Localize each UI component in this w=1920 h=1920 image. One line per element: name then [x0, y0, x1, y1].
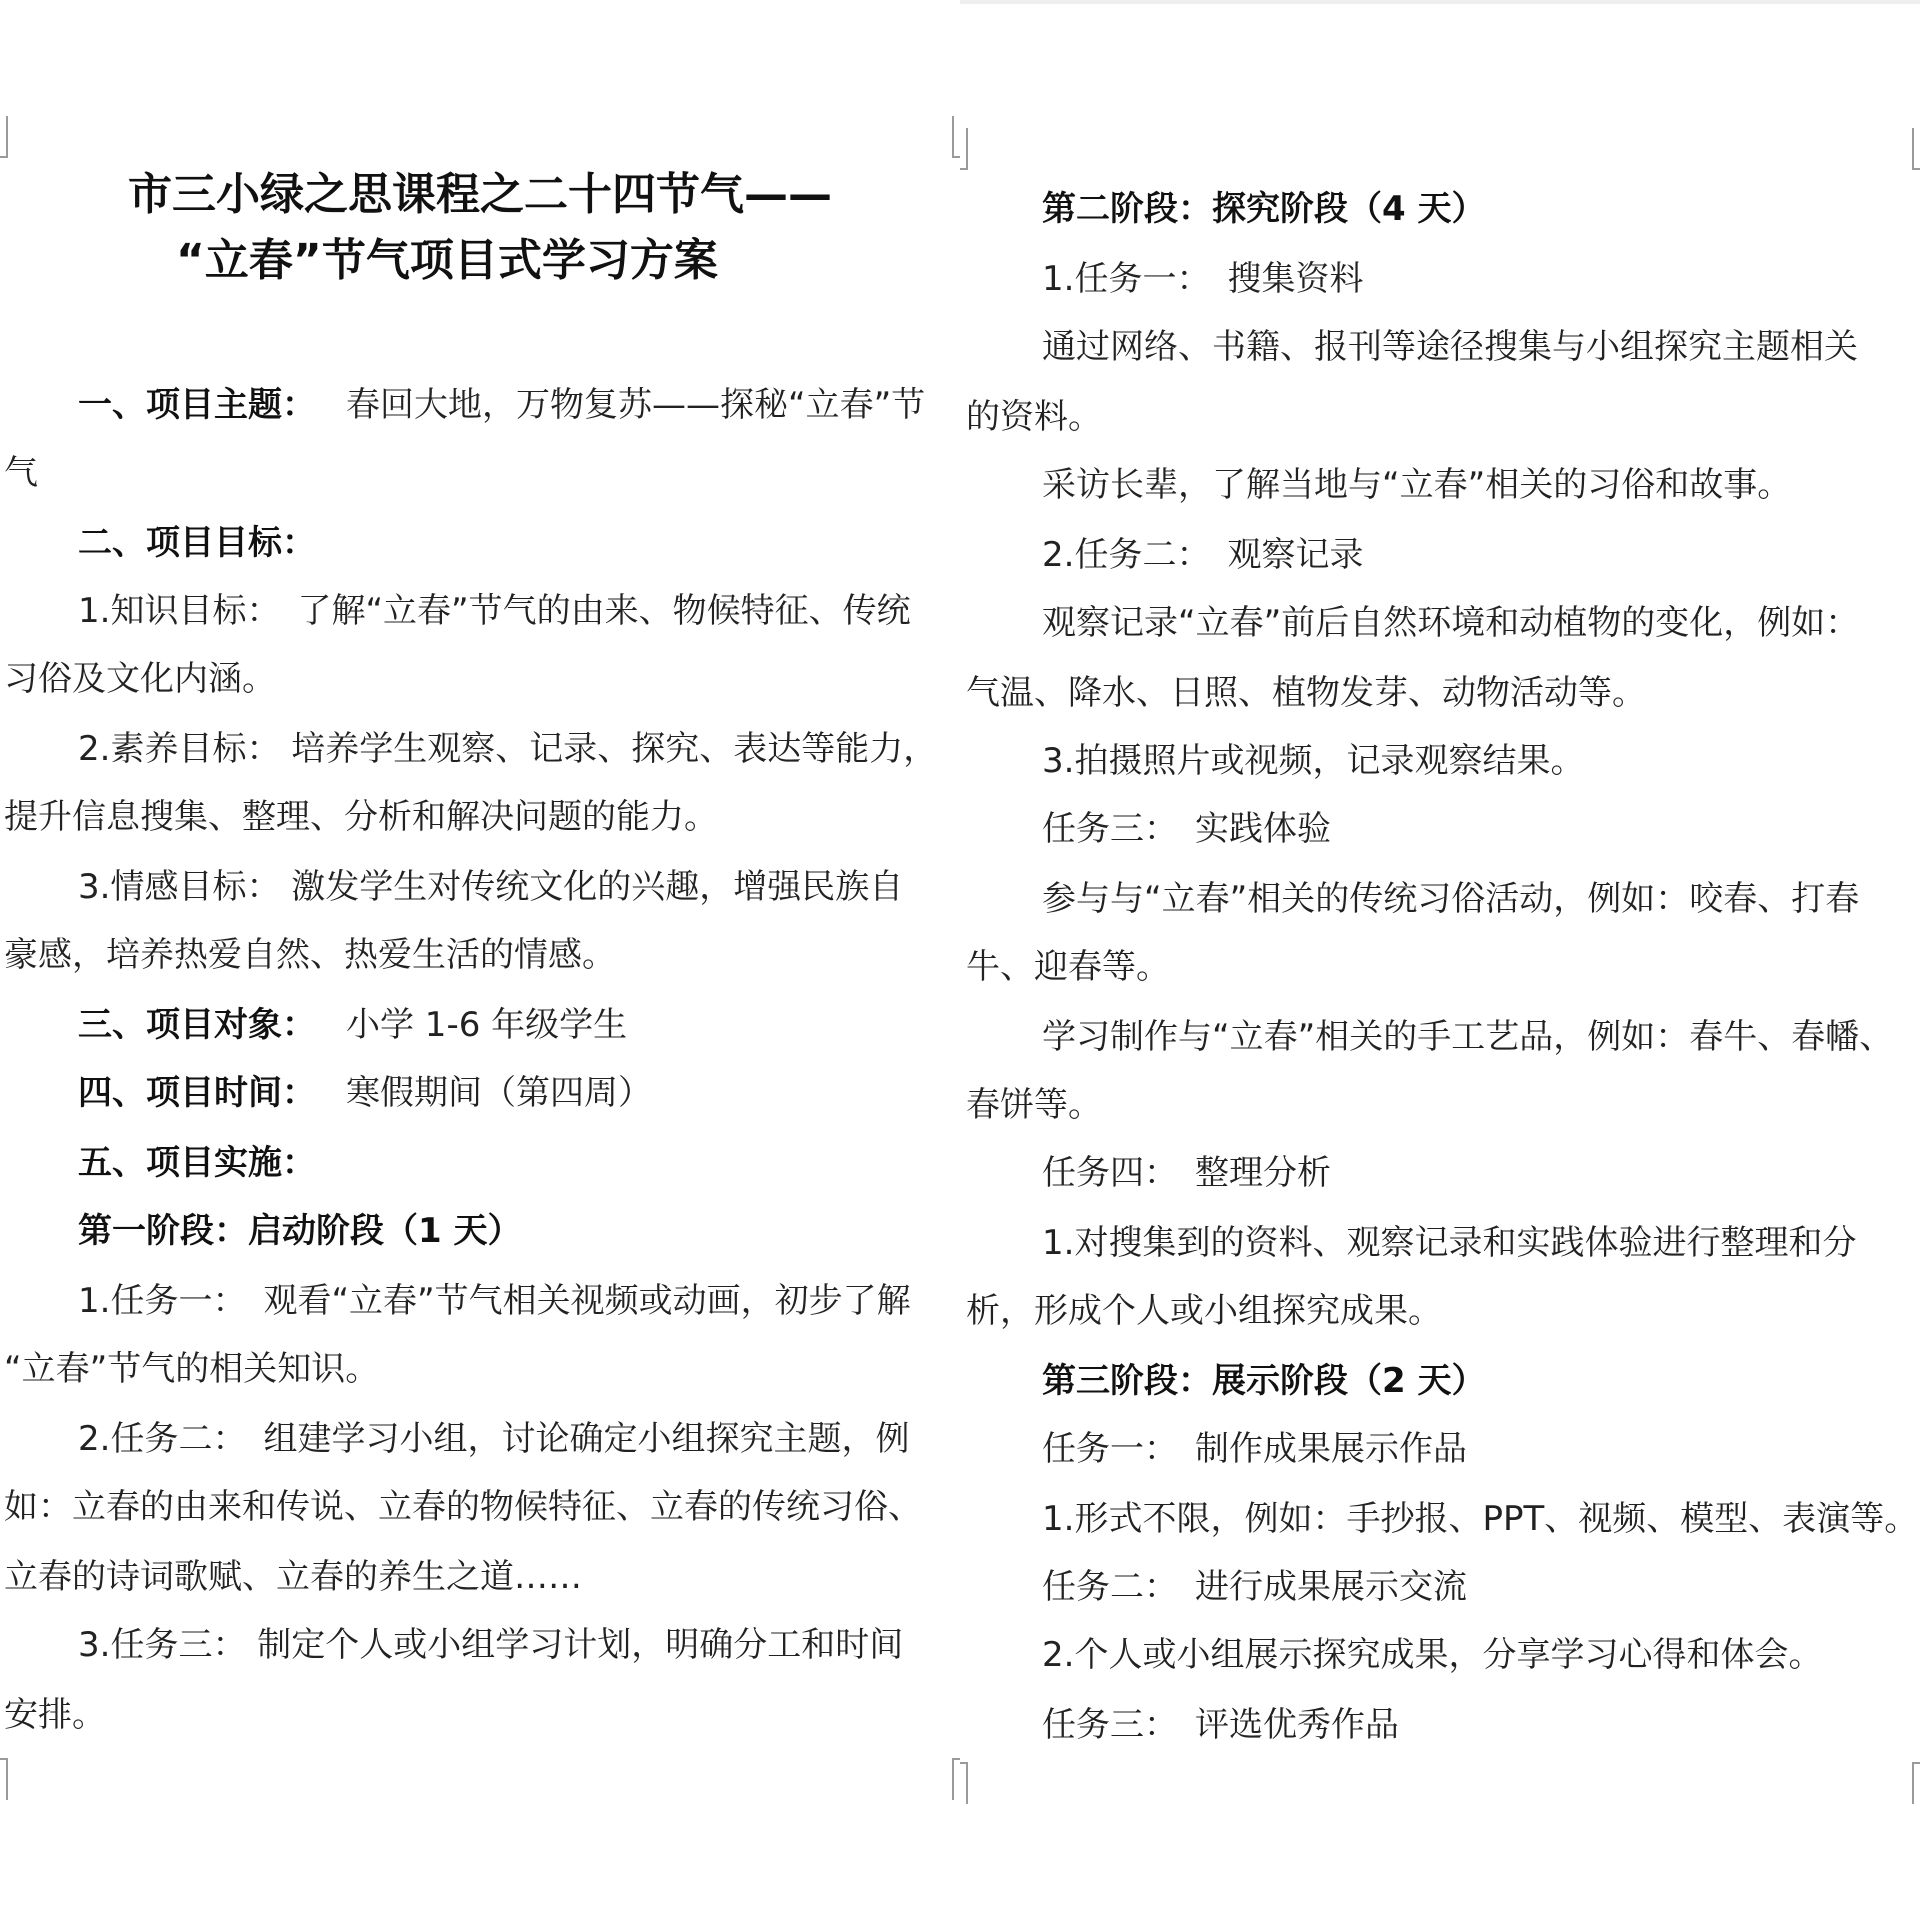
paragraph-line: 气 [4, 450, 38, 496]
paragraph-line: 3.任务三： 制定个人或小组学习计划，明确分工和时间 [78, 1622, 903, 1668]
crop-mark-bottom-right [952, 1758, 960, 1800]
section-text: 小学 1-6 年级学生 [346, 1005, 627, 1045]
document-title-line-2: “立春”节气项目式学习方案 [176, 232, 718, 290]
section-2-goals: 二、项目目标： [78, 520, 316, 566]
paragraph-line: 如：立春的由来和传说、立春的物候特征、立春的传统习俗、 [4, 1484, 922, 1530]
paragraph-line: 2.素养目标： 培养学生观察、记录、探究、表达等能力， [78, 726, 937, 772]
paragraph-line: 观察记录“立春”前后自然环境和动植物的变化，例如： [1042, 600, 1859, 646]
crop-mark-top-left [0, 116, 8, 158]
paragraph-line: 1.任务一： 观看“立春”节气相关视频或动画，初步了解 [78, 1278, 911, 1324]
paragraph-line: 学习制作与“立春”相关的手工艺品，例如：春牛、春幡、 [1042, 1014, 1893, 1060]
section-label: 四、项目时间： [78, 1073, 316, 1113]
paragraph-line: 的资料。 [966, 394, 1102, 440]
paragraph-line: 1.形式不限，例如：手抄报、PPT、视频、模型、表演等。 [1042, 1496, 1918, 1542]
paragraph-line: 1.对搜集到的资料、观察记录和实践体验进行整理和分 [1042, 1220, 1856, 1266]
paragraph-line: 1.任务一： 搜集资料 [1042, 256, 1363, 302]
paragraph-line: 豪感，培养热爱自然、热爱生活的情感。 [4, 932, 616, 978]
paragraph-line: 气温、降水、日照、植物发芽、动物活动等。 [966, 670, 1646, 716]
paragraph-line: 牛、迎春等。 [966, 944, 1170, 990]
paragraph-line: 安排。 [4, 1692, 106, 1738]
section-5-implementation: 五、项目实施： [78, 1140, 316, 1186]
paragraph-line: 析，形成个人或小组探究成果。 [966, 1288, 1442, 1334]
right-page: 第二阶段：探究阶段（4 天） 1.任务一： 搜集资料 通过网络、书籍、报刊等途径… [960, 0, 1920, 1920]
paragraph-line: 1.知识目标： 了解“立春”节气的由来、物候特征、传统 [78, 588, 911, 634]
paragraph-line: 任务三： 实践体验 [1042, 806, 1331, 852]
crop-mark-top-right [952, 116, 960, 158]
section-text: 寒假期间（第四周） [346, 1073, 652, 1113]
crop-mark-bottom-left [0, 1758, 8, 1800]
crop-mark-top-left [960, 128, 968, 170]
section-1-theme: 一、项目主题：春回大地，万物复苏——探秘“立春”节 [78, 382, 925, 428]
paragraph-line: 3.情感目标： 激发学生对传统文化的兴趣，增强民族自 [78, 864, 903, 910]
stage-1-heading: 第一阶段：启动阶段（1 天） [78, 1208, 522, 1254]
document-title-line-1: 市三小绿之思课程之二十四节气—— [128, 166, 832, 224]
section-label: 三、项目对象： [78, 1005, 316, 1045]
paragraph-line: 3.拍摄照片或视频，记录观察结果。 [1042, 738, 1584, 784]
paragraph-line: 任务三： 评选优秀作品 [1042, 1702, 1399, 1748]
paragraph-line: 通过网络、书籍、报刊等途径搜集与小组探究主题相关 [1042, 324, 1858, 370]
stage-3-heading: 第三阶段：展示阶段（2 天） [1042, 1358, 1486, 1404]
paragraph-line: 任务四： 整理分析 [1042, 1150, 1331, 1196]
section-text: 春回大地，万物复苏——探秘“立春”节 [346, 385, 925, 425]
paragraph-line: 2.个人或小组展示探究成果，分享学习心得和体会。 [1042, 1632, 1822, 1678]
paragraph-line: 提升信息搜集、整理、分析和解决问题的能力。 [4, 794, 718, 840]
paragraph-line: 任务一： 制作成果展示作品 [1042, 1426, 1467, 1472]
stage-2-heading: 第二阶段：探究阶段（4 天） [1042, 186, 1486, 232]
paragraph-line: 2.任务二： 观察记录 [1042, 532, 1363, 578]
paragraph-line: 采访长辈，了解当地与“立春”相关的习俗和故事。 [1042, 462, 1791, 508]
section-label: 一、项目主题： [78, 385, 316, 425]
crop-mark-bottom-right [1912, 1762, 1920, 1804]
section-4-time: 四、项目时间：寒假期间（第四周） [78, 1070, 652, 1116]
paragraph-line: “立春”节气的相关知识。 [4, 1346, 379, 1392]
crop-mark-top-right [1912, 128, 1920, 170]
paragraph-line: 2.任务二： 组建学习小组，讨论确定小组探究主题，例 [78, 1416, 909, 1462]
section-3-target: 三、项目对象：小学 1-6 年级学生 [78, 1002, 627, 1048]
paragraph-line: 立春的诗词歌赋、立春的养生之道…… [4, 1554, 582, 1600]
paragraph-line: 习俗及文化内涵。 [4, 656, 276, 702]
left-page: 市三小绿之思课程之二十四节气—— “立春”节气项目式学习方案 一、项目主题：春回… [0, 0, 960, 1920]
paragraph-line: 春饼等。 [966, 1082, 1102, 1128]
paragraph-line: 参与与“立春”相关的传统习俗活动，例如：咬春、打春 [1042, 876, 1859, 922]
crop-mark-bottom-left [960, 1762, 968, 1804]
paragraph-line: 任务二： 进行成果展示交流 [1042, 1564, 1467, 1610]
